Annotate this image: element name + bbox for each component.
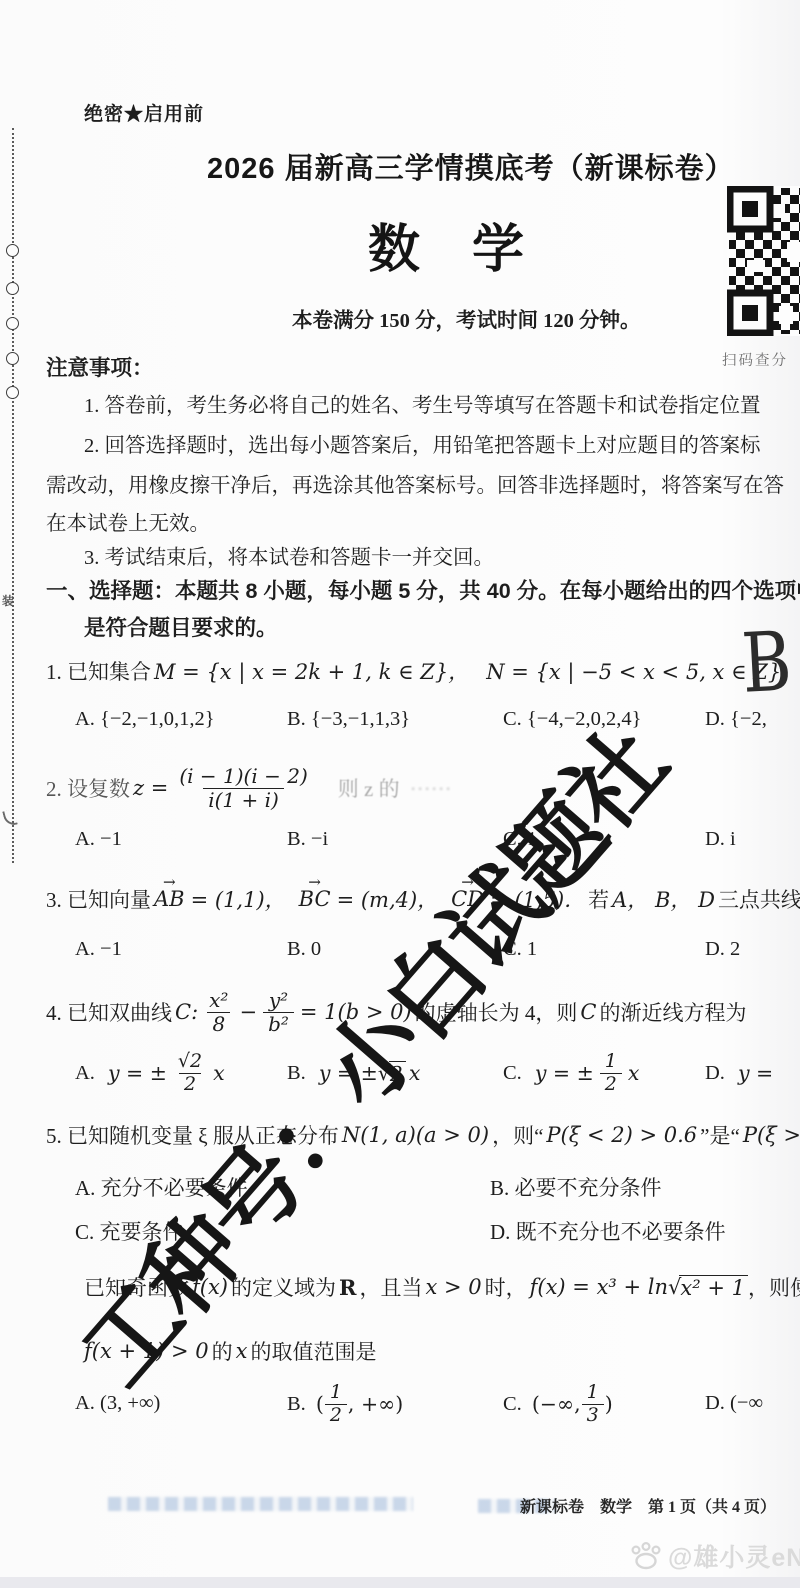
q6-option-c: C. (−∞, 1 3 ) — [503, 1378, 613, 1430]
q3-option-d: D. 2 — [705, 938, 740, 961]
q5-prob-1: P(ξ < 2) > 0.6 — [546, 1123, 697, 1147]
q4-oa-den: 2 — [179, 1073, 201, 1095]
q4-oa-pre: y = ± — [108, 1061, 167, 1085]
q6-text7: 的取值范围是 — [250, 1336, 376, 1366]
q6-oc-post: ) — [605, 1392, 613, 1416]
footer-page-info: 新课标卷 数学 第 1 页（共 4 页） — [520, 1494, 776, 1517]
q6-oc-label: C. — [503, 1393, 522, 1416]
q2-option-b: B. −i — [287, 828, 328, 851]
q6-text3: ，且当 — [359, 1272, 422, 1302]
qr-caption: 扫码查分 — [722, 349, 788, 370]
q6-function-def: f(x) = x³ + ln√ — [530, 1275, 682, 1299]
section-1-heading-line1: 一、选择题：本题共 8 小题，每小题 5 分，共 40 分。在每小题给出的四个选… — [46, 574, 800, 605]
q4-text: 4. 已知双曲线 — [46, 997, 172, 1027]
q5-text3: ”是“ — [700, 1120, 740, 1150]
q4-option-c: C. y = ± 1 2 x — [503, 1046, 642, 1100]
exam-title: 2026 届新高三学情摸底考（新课标卷） — [207, 146, 735, 187]
section-1-heading-line2: 是符合题目要求的。 — [84, 611, 278, 642]
q6-oc-fraction: 1 3 — [582, 1383, 604, 1426]
q3-vector-bc: BC — [299, 887, 331, 911]
q6-oc-num: 1 — [582, 1383, 604, 1404]
q4-oc-num: 1 — [600, 1052, 622, 1073]
q4-fraction-1: x² 8 — [204, 990, 233, 1035]
q3-text3: 三点共线，则 — [718, 884, 800, 914]
q4-minus: − — [239, 1000, 257, 1024]
q3-vector-ab: AB — [154, 887, 185, 911]
q5-text2: ，则“ — [492, 1120, 543, 1150]
q6-x: x — [236, 1339, 248, 1363]
q2-option-d: D. i — [705, 828, 736, 851]
q2-faded-smudge: ⋯⋯ — [410, 776, 452, 801]
q4-f2-den: b² — [263, 1012, 294, 1035]
notice-line-3: 需改动，用橡皮擦干净后，再选涂其他答案标号。回答非选择题时，将答案写在答 — [46, 468, 784, 498]
q4-fraction-2: y² b² — [263, 990, 294, 1035]
q4-oa-label: A. — [75, 1062, 95, 1085]
q4-option-d: D. y = — [705, 1046, 776, 1100]
binding-hole — [6, 317, 19, 330]
q4-option-a: A. y = ± √2 2 x — [75, 1046, 228, 1100]
q4-oc-label: C. — [503, 1062, 522, 1085]
q3-option-b: B. 0 — [287, 938, 321, 961]
binding-hole — [6, 244, 19, 257]
q4-curve-c: C: — [175, 1000, 198, 1024]
q6-ob-den: 2 — [325, 1404, 347, 1426]
q4-oc-post: x — [628, 1061, 640, 1085]
q6-ob-label: B. — [287, 1393, 306, 1416]
q6-ob-post: , +∞) — [348, 1392, 403, 1416]
q4-oc-pre: y = ± — [535, 1061, 594, 1085]
notice-line-2: 2. 回答选择题时，选出每小题答案后，用铅笔把答题卡上对应题目的答案标 — [84, 428, 761, 458]
q6-text4: 时， — [485, 1272, 527, 1302]
binding-hook-mark — [2, 809, 18, 827]
q3-text: 3. 已知向量 — [46, 884, 151, 914]
q4-oa-fraction: √2 2 — [173, 1052, 207, 1095]
q6-ob-pre: ( — [316, 1392, 324, 1416]
q6-text5: ，则使 — [748, 1272, 800, 1302]
q6-text6: 的 — [212, 1336, 233, 1366]
q6-option-d: D. (−∞ — [705, 1392, 763, 1415]
question-2-stem: 2. 设复数 z = (i − 1)(i − 2) i(1 + i) 则 z 的… — [46, 757, 452, 819]
q2-fraction: (i − 1)(i − 2) i(1 + i) — [174, 766, 312, 811]
secrecy-label: 绝密★启用前 — [84, 99, 204, 126]
q4-od-value: y = — [738, 1061, 773, 1085]
binding-hole — [6, 282, 19, 295]
q1-option-d: D. {−2, — [705, 708, 767, 731]
binding-label: 装 — [2, 592, 14, 609]
q6-oc-pre: (−∞, — [532, 1392, 581, 1416]
subject-title: 数 学 — [368, 207, 524, 282]
q4-f1-num: x² — [204, 990, 233, 1012]
q2-faded-text: 则 z 的 — [338, 773, 400, 803]
q1-text: 1. 已知集合 — [46, 656, 151, 686]
q6-oc-den: 3 — [582, 1404, 604, 1426]
q3-option-a: A. −1 — [75, 938, 122, 961]
q1-option-a: A. {−2,−1,0,1,2} — [75, 708, 215, 731]
q2-numerator: (i − 1)(i − 2) — [174, 766, 312, 788]
q3-ab-value: = (1,1)， — [191, 884, 286, 914]
q4-oa-num: √2 — [173, 1052, 207, 1073]
exam-paper-page: 装 绝密★启用前 2026 届新高三学情摸底考（新课标卷） 数 学 本卷满分 1… — [0, 0, 800, 1588]
q4-f2-num: y² — [264, 990, 293, 1012]
qr-code — [727, 186, 800, 336]
q4-oc-den: 2 — [600, 1073, 622, 1095]
q6-reals: R — [339, 1275, 356, 1300]
handwritten-answer-b: B — [740, 621, 794, 705]
q6-ob-num: 1 — [325, 1383, 347, 1404]
notice-line-4: 在本试卷上无效。 — [46, 506, 210, 536]
q2-denominator: i(1 + i) — [203, 788, 284, 811]
q1-option-b: B. {−3,−1,1,3} — [287, 708, 410, 731]
q3-points: A， B， D — [612, 884, 715, 914]
scan-bottom-edge — [0, 1577, 800, 1588]
exam-info: 本卷满分 150 分，考试时间 120 分钟。 — [292, 303, 641, 333]
q6-option-b: B. ( 1 2 , +∞) — [287, 1378, 403, 1430]
notice-title: 注意事项： — [46, 351, 154, 382]
binding-hole — [6, 352, 19, 365]
faint-print-watermark — [108, 1497, 413, 1511]
q2-option-a: A. −1 — [75, 828, 122, 851]
paw-icon — [628, 1540, 664, 1570]
notice-line-1: 1. 答卷前，考生务必将自己的姓名、考生号等填写在答题卡和试卷指定位置 — [84, 388, 761, 418]
q2-z-equals: z = — [133, 776, 168, 800]
binding-hole — [6, 386, 19, 399]
q1-set-m: M = {x | x = 2k + 1, k ∈ Z}， — [154, 656, 469, 686]
q6-radicand: x² + 1 — [679, 1275, 748, 1300]
q4-text3: 的渐近线方程为 — [600, 997, 747, 1027]
author-credit: @雄小灵eN — [668, 1538, 800, 1574]
q5-option-d: D. 既不充分也不必要条件 — [490, 1216, 726, 1246]
q6-ob-fraction: 1 2 — [325, 1383, 347, 1426]
q5-option-b: B. 必要不充分条件 — [490, 1172, 662, 1202]
q4-oa-post: x — [213, 1061, 225, 1085]
q4-od-label: D. — [705, 1062, 725, 1085]
q6-x-positive: x > 0 — [425, 1275, 481, 1299]
q4-oc-fraction: 1 2 — [600, 1052, 622, 1095]
q5-prob-2: P(ξ > 3) < — [743, 1123, 800, 1147]
q2-text: 2. 设复数 — [46, 773, 130, 803]
notice-line-5: 3. 考试结束后，将本试卷和答题卡一并交回。 — [84, 540, 494, 570]
question-5-stem: 5. 已知随机变量 ξ 服从正态分布 N(1, a)(a > 0) ，则“ P(… — [46, 1120, 800, 1150]
q4-c: C — [580, 1000, 596, 1024]
question-1-stem: 1. 已知集合 M = {x | x = 2k + 1, k ∈ Z}， N =… — [46, 656, 800, 686]
q4-f1-den: 8 — [207, 1012, 230, 1035]
binding-dotted-line — [12, 128, 14, 863]
